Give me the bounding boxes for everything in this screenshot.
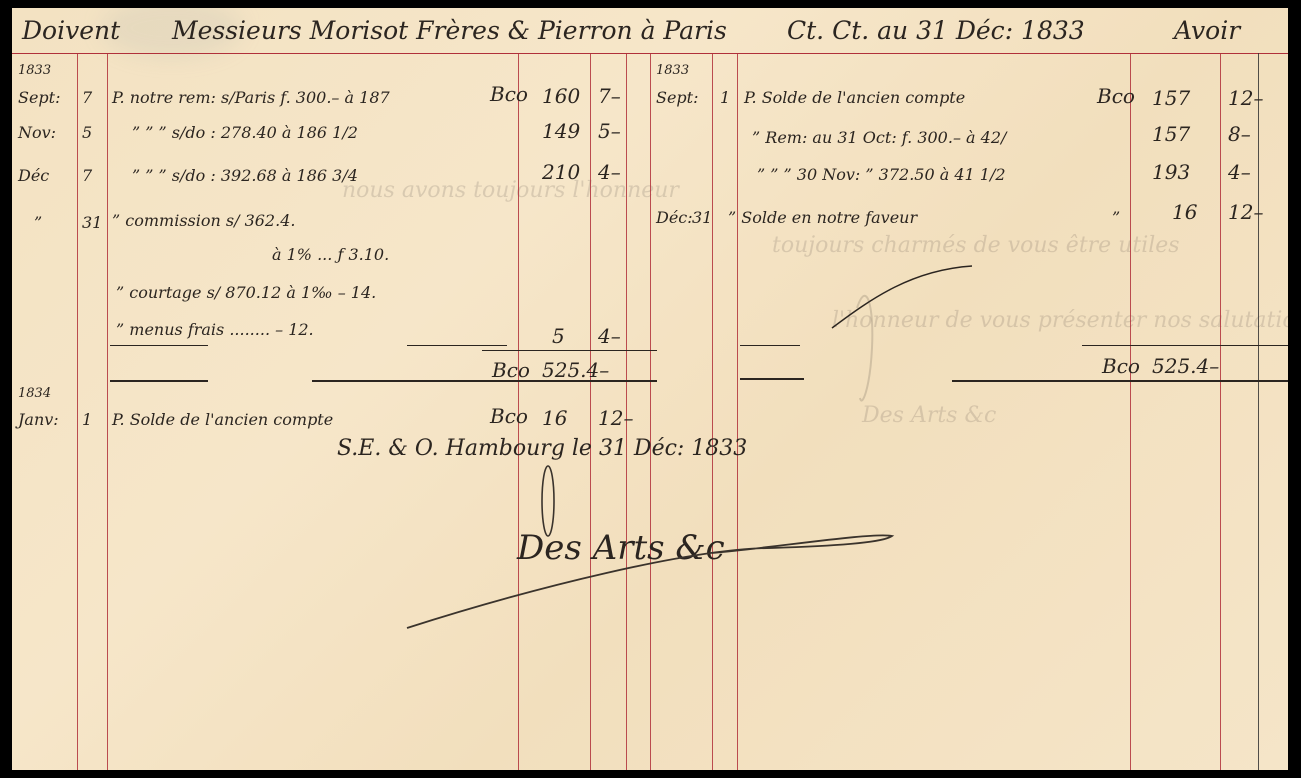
ledger-page: nous avons toujours l'honneur toujours c… xyxy=(12,8,1288,770)
signature-flourish xyxy=(12,8,1288,770)
